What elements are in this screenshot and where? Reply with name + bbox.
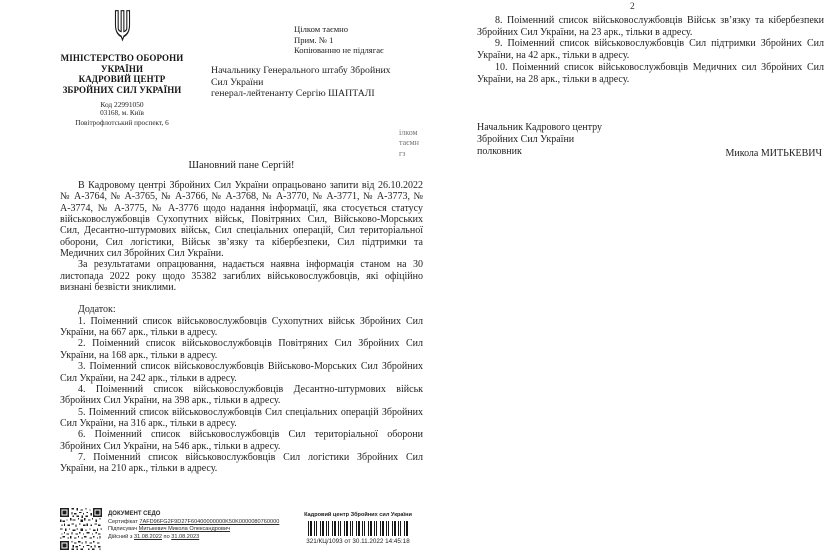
attachment-item-3: 3. Поіменний список військовослужбовців … (60, 361, 423, 384)
page1-body: Шановний пане Сергій! В Кадровому центрі… (60, 160, 423, 475)
attachment-item-9: 9. Поіменний список військовослужбовців … (477, 38, 824, 61)
no-copying-note: Копіюванню не підлягає (294, 45, 384, 56)
attachment-item-2: 2. Поіменний список військовослужбовців … (60, 338, 423, 361)
org-code: Код 22991050 (57, 100, 187, 109)
attachment-item-4: 4. Поіменний список військовослужбовців … (60, 384, 423, 407)
attachment-item-1: 1. Поіменний список військовослужбовців … (60, 316, 423, 339)
registration-org: Кадровий центр Збройних сил України (290, 512, 426, 519)
attachment-item-10: 10. Поіменний список військовослужбовців… (477, 62, 824, 85)
salutation: Шановний пане Сергій! (60, 160, 423, 171)
addressee-line: генерал-лейтенанту Сергію ШАПТАЛІ (211, 88, 425, 100)
registration-stamp: Кадровий центр Збройних сил України 321/… (290, 512, 426, 545)
sedo-signature-stamp: ДОКУМЕНТ СЕДО Сертифікат 7AFD96FG2F9D27F… (60, 508, 279, 550)
certificate-number: 7AFD96FG2F9D27F60400000000K50K0000080760… (139, 519, 279, 525)
sedo-signer-line: Підписувач Митькевич Микола Олександрови… (108, 526, 279, 534)
secrecy-level: Цілком таємно (294, 24, 384, 35)
addressee-line: Сил України (211, 77, 425, 89)
sedo-title: ДОКУМЕНТ СЕДО (108, 511, 279, 519)
attachment-item-6: 6. Поіменний список військовослужбовців … (60, 429, 423, 452)
org-name-line: МІНІСТЕРСТВО ОБОРОНИ (57, 53, 187, 64)
barcode-icon (308, 521, 408, 536)
attachments-label: Додаток: (60, 304, 423, 315)
ukraine-trident-emblem-icon (109, 8, 136, 48)
sedo-certificate-line: Сертифікат 7AFD96FG2F9D27F60400000000K50… (108, 519, 279, 527)
org-name-line: КАДРОВИЙ ЦЕНТР (57, 74, 187, 85)
org-name-line: УКРАЇНИ (57, 64, 187, 75)
qr-code-icon (60, 508, 102, 550)
page2-number: 2 (630, 2, 635, 12)
valid-from-date: 31.08.2022 (134, 534, 162, 540)
attachment-item-5: 5. Поіменний список військовослужбовців … (60, 407, 423, 430)
scanned-letter-document: { "document": { "page1": { "letterhead":… (0, 0, 840, 560)
signer-position-line: Начальник Кадрового центру (477, 122, 824, 134)
copy-number: Прим. № 1 (294, 35, 384, 46)
signer-position-line: Збройних Сил України (477, 134, 824, 146)
signer-name: Микола МИТЬКЕВИЧ (725, 148, 822, 159)
addressee-line: Начальнику Генерального штабу Збройних (211, 65, 425, 77)
body-paragraph-2: За результатами опрацювання, надається н… (60, 259, 423, 293)
letterhead-block: МІНІСТЕРСТВО ОБОРОНИ УКРАЇНИ КАДРОВИЙ ЦЕ… (57, 8, 187, 128)
attachment-item-8: 8. Поіменний список військовослужбовців … (477, 15, 824, 38)
secrecy-stamp: Цілком таємно Прим. № 1 Копіюванню не пі… (294, 24, 384, 56)
registration-number: 321/КЦ/1093 от 30.11.2022 14:45:18 (290, 538, 426, 545)
org-address-city: 03168, м. Київ (57, 109, 187, 118)
addressee-block: Начальнику Генерального штабу Збройних С… (211, 65, 425, 100)
body-paragraph-1: В Кадровому центрі Збройних Сил України … (60, 180, 423, 259)
signer-full-name: Митькевич Микола Олександрович (139, 526, 230, 532)
attachment-item-7: 7. Поіменний список військовослужбовців … (60, 452, 423, 475)
page2-body: 8. Поіменний список військовослужбовців … (477, 15, 824, 85)
valid-to-date: 31.08.2023 (171, 534, 199, 540)
org-name-line: ЗБРОЙНИХ СИЛ УКРАЇНИ (57, 85, 187, 96)
cutoff-stamp-fragment: ілком таємн гз (399, 128, 419, 159)
org-address-street: Повітрофлотський проспект, 6 (57, 119, 187, 128)
signature-block: Начальник Кадрового центру Збройних Сил … (477, 122, 824, 160)
sedo-validity-line: Дійсний з 31.08.2022 по 31.08.2023 (108, 534, 279, 542)
sedo-text-block: ДОКУМЕНТ СЕДО Сертифікат 7AFD96FG2F9D27F… (108, 508, 279, 542)
